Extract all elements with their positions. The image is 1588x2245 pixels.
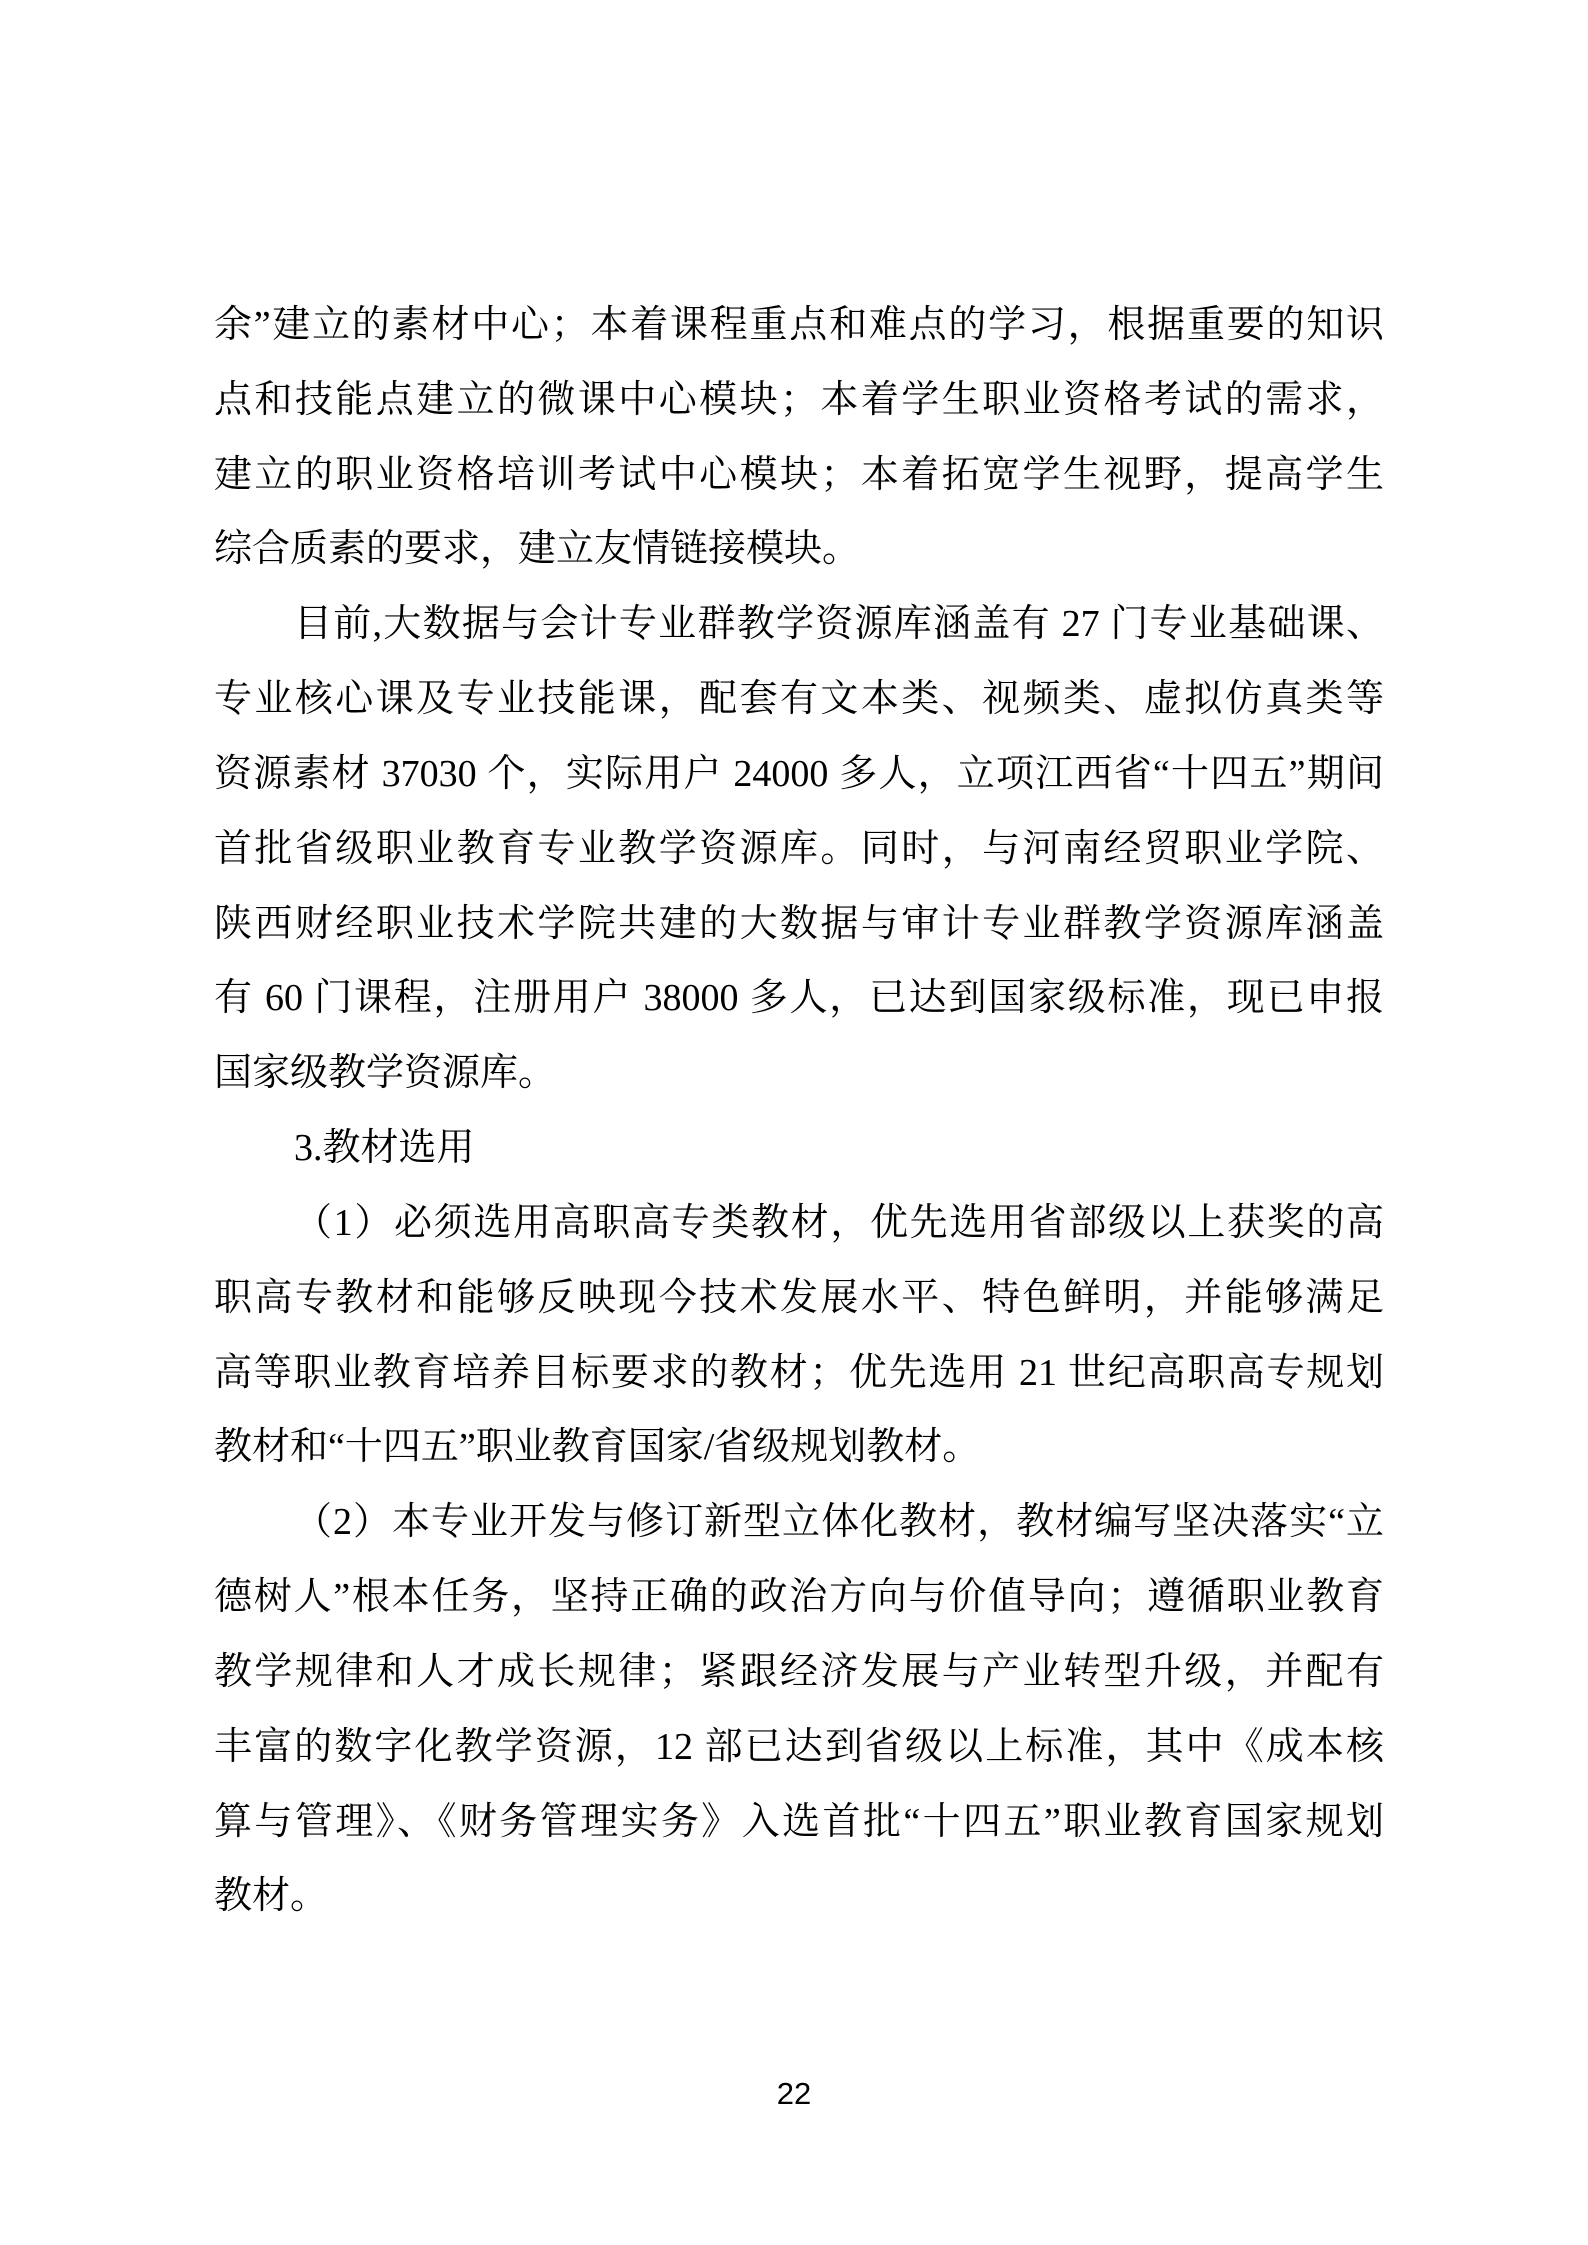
text-line: 综合质素的要求，建立友情链接模块。 <box>214 512 1384 587</box>
text-line: 点和技能点建立的微课中心模块；本着学生职业资格考试的需求， <box>214 363 1384 438</box>
text-line: 教材。 <box>214 1859 1384 1934</box>
text-line: （1）必须选用高职高专类教材，优先选用省部级以上获奖的高 <box>214 1186 1384 1261</box>
text-line: 高等职业教育培养目标要求的教材；优先选用 21 世纪高职高专规划 <box>214 1336 1384 1411</box>
text-line: 首批省级职业教育专业教学资源库。同时，与河南经贸职业学院、 <box>214 812 1384 887</box>
text-line: 3.教材选用 <box>214 1111 1384 1186</box>
text-line: 有 60 门课程，注册用户 38000 多人，已达到国家级标准，现已申报 <box>214 961 1384 1036</box>
text-line: 德树人”根本任务，坚持正确的政治方向与价值导向；遵循职业教育 <box>214 1560 1384 1635</box>
text-line: 余”建立的素材中心；本着课程重点和难点的学习，根据重要的知识 <box>214 288 1384 363</box>
text-line: 职高专教材和能够反映现今技术发展水平、特色鲜明，并能够满足 <box>214 1261 1384 1336</box>
text-line: 教学规律和人才成长规律；紧跟经济发展与产业转型升级，并配有 <box>214 1635 1384 1710</box>
text-line: 丰富的数字化教学资源，12 部已达到省级以上标准，其中《成本核 <box>214 1710 1384 1785</box>
text-line: 陕西财经职业技术学院共建的大数据与审计专业群教学资源库涵盖 <box>214 887 1384 962</box>
text-line: 国家级教学资源库。 <box>214 1036 1384 1111</box>
text-line: 目前,大数据与会计专业群教学资源库涵盖有 27 门专业基础课、 <box>214 587 1384 662</box>
text-line: 教材和“十四五”职业教育国家/省级规划教材。 <box>214 1410 1384 1485</box>
text-line: （2）本专业开发与修订新型立体化教材，教材编写坚决落实“立 <box>214 1485 1384 1560</box>
text-line: 专业核心课及专业技能课，配套有文本类、视频类、虚拟仿真类等 <box>214 662 1384 737</box>
text-line: 资源素材 37030 个，实际用户 24000 多人，立项江西省“十四五”期间 <box>214 737 1384 812</box>
text-line: 算与管理》、《财务管理实务》入选首批“十四五”职业教育国家规划 <box>214 1785 1384 1860</box>
document-page: 余”建立的素材中心；本着课程重点和难点的学习，根据重要的知识点和技能点建立的微课… <box>0 0 1588 2245</box>
page-footer: 22 <box>0 2076 1588 2112</box>
page-number: 22 <box>777 2076 811 2111</box>
document-body: 余”建立的素材中心；本着课程重点和难点的学习，根据重要的知识点和技能点建立的微课… <box>214 288 1384 1934</box>
text-line: 建立的职业资格培训考试中心模块；本着拓宽学生视野，提高学生 <box>214 438 1384 513</box>
